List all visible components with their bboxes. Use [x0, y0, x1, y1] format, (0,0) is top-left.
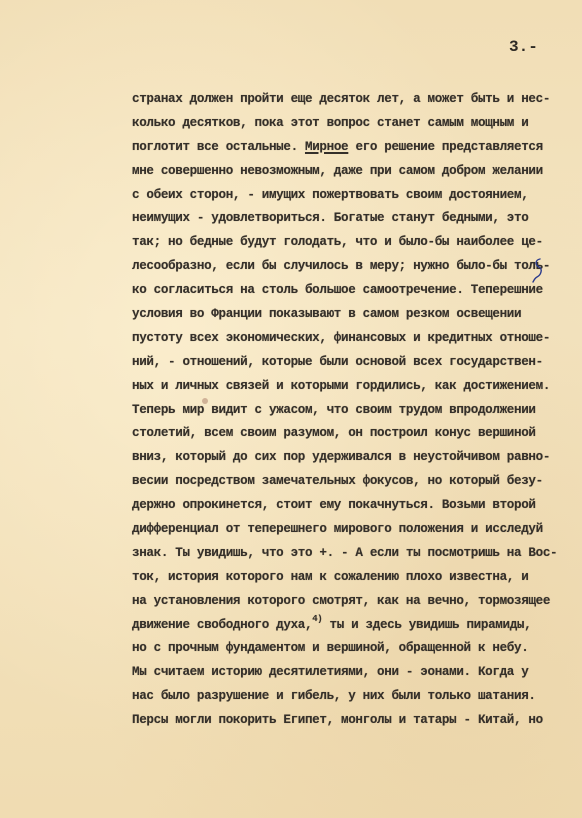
text-line: дифференциал от теперешнего мирового пол…: [132, 518, 562, 542]
text-line: ний, - отношений, которые были основой в…: [132, 351, 562, 375]
text-line: поглотит все остальные. Мирное его решен…: [132, 136, 562, 160]
ink-smudge: [202, 398, 208, 404]
text-line: весии посредством замечательных фокусов,…: [132, 470, 562, 494]
text-line: ных и личных связей и которыми гордились…: [132, 375, 562, 399]
page-number: 3.-: [509, 38, 538, 56]
text-line: Персы могли покорить Египет, монголы и т…: [132, 709, 562, 733]
typewritten-page: 3.- странах должен пройти еще десяток ле…: [0, 0, 582, 818]
text-line: с обеих сторон, - имущих пожертвовать св…: [132, 184, 562, 208]
text-line: Мы считаем историю десятилетиями, они - …: [132, 661, 562, 685]
text-line: вниз, который до сих пор удерживался в н…: [132, 446, 562, 470]
text-line: но с прочным фундаментом и вершиной, обр…: [132, 637, 562, 661]
text-line: условия во Франции показывают в самом ре…: [132, 303, 562, 327]
handwritten-correction-mark: [531, 257, 545, 283]
text-line: движение свободного духа,4) ты и здесь у…: [132, 614, 562, 638]
text-line: знак. Ты увидишь, что это +. - А если ты…: [132, 542, 562, 566]
text-line: столетий, всем своим разумом, он построи…: [132, 422, 562, 446]
text-line-rest: ты и здесь увидишь пирамиды,: [322, 618, 531, 632]
footnote-marker: 4): [312, 614, 322, 624]
text-line: неимущих - удовлетвориться. Богатые стан…: [132, 207, 562, 231]
text-line-rest: его решение представляется: [348, 140, 543, 154]
text-line: пустоту всех экономических, финансовых и…: [132, 327, 562, 351]
body-text: странах должен пройти еще десяток лет, а…: [132, 88, 562, 733]
underlined-word: Мирное: [305, 140, 348, 154]
text-line: ток, история которого нам к сожалению пл…: [132, 566, 562, 590]
text-line: держно опрокинется, стоит ему покачнутьс…: [132, 494, 562, 518]
text-line: Теперь мир видит с ужасом, что своим тру…: [132, 399, 562, 423]
text-line: лесообразно, если бы случилось в меру; н…: [132, 255, 562, 279]
text-line: на установления которого смотрят, как на…: [132, 590, 562, 614]
text-line: странах должен пройти еще десяток лет, а…: [132, 88, 562, 112]
text-line: нас было разрушение и гибель, у них были…: [132, 685, 562, 709]
text-line-start: движение свободного духа,: [132, 618, 312, 632]
text-line: ко согласиться на столь большое самоотре…: [132, 279, 562, 303]
text-line: мне совершенно невозможным, даже при сам…: [132, 160, 562, 184]
text-line: так; но бедные будут голодать, что и был…: [132, 231, 562, 255]
text-line-start: поглотит все остальные.: [132, 140, 305, 154]
text-line: колько десятков, пока этот вопрос станет…: [132, 112, 562, 136]
